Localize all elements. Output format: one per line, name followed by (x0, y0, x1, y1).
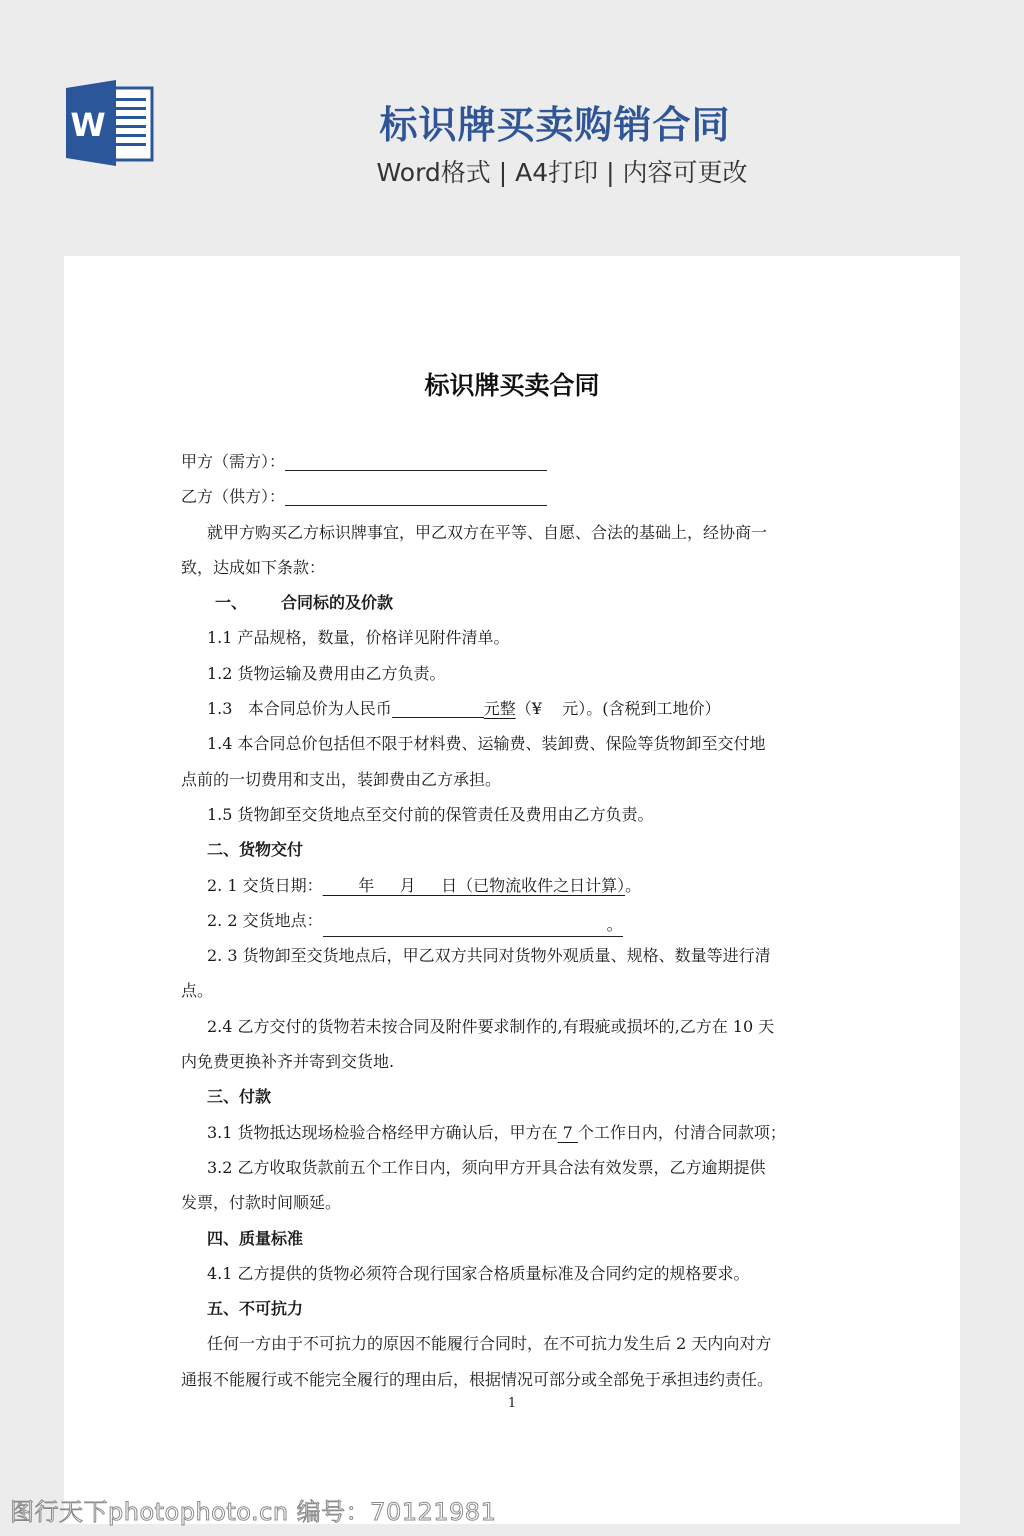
intro-text: 就甲方购买乙方标识牌事宜，甲乙双方在平等、自愿、合法的基础上，经协商一 (181, 515, 847, 550)
clause-3-1: 3.1 货物抵达现场检验合格经甲方确认后，甲方在 7 个工作日内，付清合同款项； (181, 1115, 847, 1150)
banner-subtitle: Word格式 | A4打印 | 内容可更改 (0, 153, 1024, 189)
intro-text-cont: 致，达成如下条款： (181, 550, 847, 585)
delivery-location-blank[interactable]: 。 (323, 914, 623, 937)
document-body: 甲方（需方）： 乙方（供方）： 就甲方购买乙方标识牌事宜，甲乙双方在平等、自愿、… (181, 444, 847, 1397)
watermark-text: 图行天下photophoto.cn 编号：70121981 (10, 1492, 496, 1527)
clause-2-2: 2. 2 交货地点：。 (181, 903, 847, 938)
party-a-blank[interactable] (285, 448, 547, 471)
section-heading-4: 四、质量标准 (181, 1221, 847, 1256)
section-heading-5: 五、不可抗力 (181, 1291, 847, 1326)
clause-1-2: 1.2 货物运输及费用由乙方负责。 (181, 656, 847, 691)
total-price-blank[interactable] (392, 695, 484, 718)
clause-1-4-cont: 点前的一切费用和支出，装卸费由乙方承担。 (181, 762, 847, 797)
clause-2-4-cont: 内免费更换补齐并寄到交货地. (181, 1044, 847, 1079)
clause-4-1: 4.1 乙方提供的货物必须符合现行国家合格质量标准及合同约定的规格要求。 (181, 1256, 847, 1291)
clause-2-4: 2.4 乙方交付的货物若未按合同及附件要求制作的,有瑕疵或损坏的,乙方在 10 … (181, 1009, 847, 1044)
payment-days-field[interactable]: 7 (558, 1123, 578, 1142)
section-heading-3: 三、付款 (181, 1079, 847, 1114)
delivery-date-field[interactable]: 年 月 日（已物流收件之日计算） (323, 876, 625, 895)
clause-5-cont: 通报不能履行或不能完全履行的理由后，根据情况可部分或全部免于承担违约责任。 (181, 1362, 847, 1397)
section-heading-2: 二、货物交付 (181, 832, 847, 867)
clause-1-5: 1.5 货物卸至交货地点至交付前的保管责任及费用由乙方负责。 (181, 797, 847, 832)
clause-5: 任何一方由于不可抗力的原因不能履行合同时，在不可抗力发生后 2 天内向对方 (181, 1326, 847, 1361)
document-title: 标识牌买卖合同 (64, 366, 960, 402)
clause-1-3: 1.3 本合同总价为人民币元整（¥ 元）。(含税到工地价） (181, 691, 847, 726)
party-a-line: 甲方（需方）： (181, 444, 847, 479)
party-b-line: 乙方（供方）： (181, 479, 847, 514)
banner-title: 标识牌买卖购销合同 (0, 94, 1024, 149)
clause-2-3: 2. 3 货物卸至交货地点后，甲乙双方共同对货物外观质量、规格、数量等进行清 (181, 938, 847, 973)
clause-3-2: 3.2 乙方收取货款前五个工作日内，须向甲方开具合法有效发票，乙方逾期提供 (181, 1150, 847, 1185)
clause-2-1: 2. 1 交货日期： 年 月 日（已物流收件之日计算）。 (181, 868, 847, 903)
clause-2-3-cont: 点。 (181, 973, 847, 1008)
party-b-blank[interactable] (285, 483, 547, 506)
clause-1-1: 1.1 产品规格，数量，价格详见附件清单。 (181, 620, 847, 655)
section-heading-1: 一、合同标的及价款 (181, 585, 847, 620)
page-number: 1 (64, 1396, 960, 1411)
banner-header: W 标识牌买卖购销合同 Word格式 | A4打印 | 内容可更改 (0, 0, 1024, 256)
clause-3-2-cont: 发票，付款时间顺延。 (181, 1185, 847, 1220)
document-page: 标识牌买卖合同 甲方（需方）： 乙方（供方）： 就甲方购买乙方标识牌事宜，甲乙双… (64, 256, 960, 1524)
clause-1-4: 1.4 本合同总价包括但不限于材料费、运输费、装卸费、保险等货物卸至交付地 (181, 726, 847, 761)
